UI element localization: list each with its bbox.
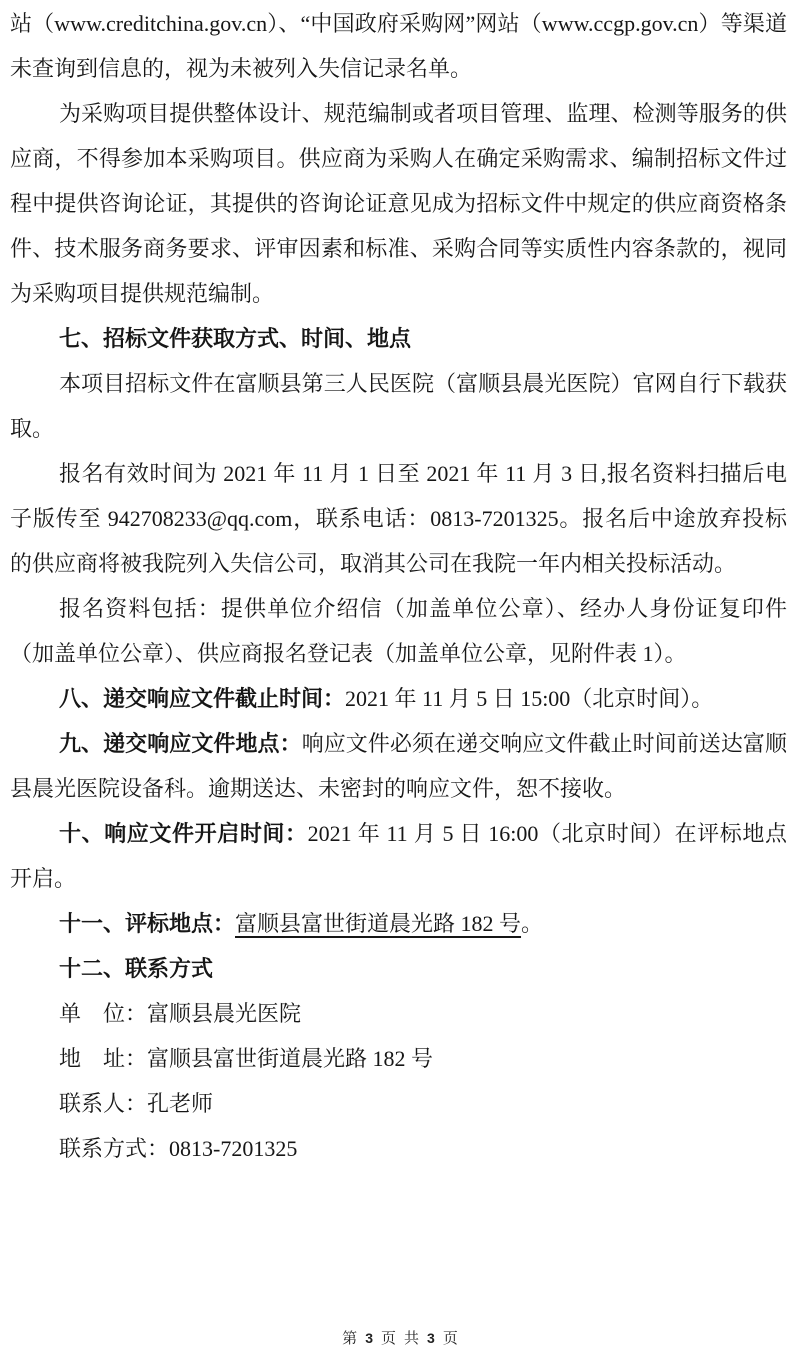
item-10-opening-time: 十、响应文件开启时间：2021 年 11 月 5 日 16:00（北京时间）在评… bbox=[10, 811, 787, 901]
item-8-submission-deadline: 八、递交响应文件截止时间：2021 年 11 月 5 日 15:00（北京时间）… bbox=[10, 676, 787, 721]
contact-row-phone: 联系方式：0813-7201325 bbox=[10, 1126, 787, 1171]
contact-row-address: 地 址：富顺县富世街道晨光路 182 号 bbox=[10, 1036, 787, 1081]
contact-person-label: 联系人： bbox=[59, 1091, 147, 1116]
contact-list: 单 位：富顺县晨光医院 地 址：富顺县富世街道晨光路 182 号 联系人：孔老师… bbox=[10, 991, 787, 1171]
contact-unit-value: 富顺县晨光医院 bbox=[147, 1001, 301, 1026]
section-heading-12-contact-info: 十二、联系方式 bbox=[10, 946, 787, 991]
item-8-label: 八、递交响应文件截止时间： bbox=[59, 686, 345, 711]
section-heading-7-document-acquisition: 七、招标文件获取方式、时间、地点 bbox=[10, 316, 787, 361]
paragraph-registration-materials: 报名资料包括：提供单位介绍信（加盖单位公章）、经办人身份证复印件（加盖单位公章）… bbox=[10, 586, 787, 676]
item-9-label: 九、递交响应文件地点： bbox=[59, 731, 302, 756]
page-footer: 第3页共3页 bbox=[0, 1327, 800, 1348]
item-11-label: 十一、评标地点： bbox=[59, 911, 235, 936]
footer-char-gong: 共 bbox=[404, 1331, 419, 1347]
footer-char-ye1: 页 bbox=[381, 1331, 396, 1347]
contact-row-person: 联系人：孔老师 bbox=[10, 1081, 787, 1126]
item-11-evaluation-place: 十一、评标地点：富顺县富世街道晨光路 182 号。 bbox=[10, 901, 787, 946]
item-11-address-underlined: 富顺县富世街道晨光路 182 号 bbox=[235, 911, 521, 936]
contact-row-unit: 单 位：富顺县晨光医院 bbox=[10, 991, 787, 1036]
contact-address-value: 富顺县富世街道晨光路 182 号 bbox=[147, 1046, 433, 1071]
contact-phone-value: 0813-7201325 bbox=[169, 1136, 297, 1161]
item-8-text: 2021 年 11 月 5 日 15:00（北京时间）。 bbox=[345, 686, 713, 711]
contact-phone-label: 联系方式： bbox=[59, 1136, 169, 1161]
contact-unit-label: 单 位： bbox=[59, 1001, 147, 1026]
document-content: 站（www.creditchina.gov.cn）、“中国政府采购网”网站（ww… bbox=[0, 0, 800, 1171]
paragraph-credit-query-continuation: 站（www.creditchina.gov.cn）、“中国政府采购网”网站（ww… bbox=[10, 1, 787, 91]
item-10-label: 十、响应文件开启时间： bbox=[59, 821, 308, 846]
paragraph-supplier-restriction: 为采购项目提供整体设计、规范编制或者项目管理、监理、检测等服务的供应商，不得参加… bbox=[10, 91, 787, 316]
document-page: 站（www.creditchina.gov.cn）、“中国政府采购网”网站（ww… bbox=[0, 0, 800, 1355]
footer-page-number: 3 bbox=[365, 1330, 373, 1346]
contact-person-value: 孔老师 bbox=[147, 1091, 213, 1116]
footer-char-di: 第 bbox=[342, 1331, 357, 1347]
paragraph-document-download: 本项目招标文件在富顺县第三人民医院（富顺县晨光医院）官网自行下载获取。 bbox=[10, 361, 787, 451]
item-9-submission-place: 九、递交响应文件地点：响应文件必须在递交响应文件截止时间前送达富顺县晨光医院设备… bbox=[10, 721, 787, 811]
footer-char-ye2: 页 bbox=[443, 1331, 458, 1347]
contact-address-label: 地 址： bbox=[59, 1046, 147, 1071]
paragraph-registration-time: 报名有效时间为 2021 年 11 月 1 日至 2021 年 11 月 3 日… bbox=[10, 451, 787, 586]
item-11-period: 。 bbox=[521, 911, 543, 936]
footer-total-pages: 3 bbox=[427, 1330, 435, 1346]
